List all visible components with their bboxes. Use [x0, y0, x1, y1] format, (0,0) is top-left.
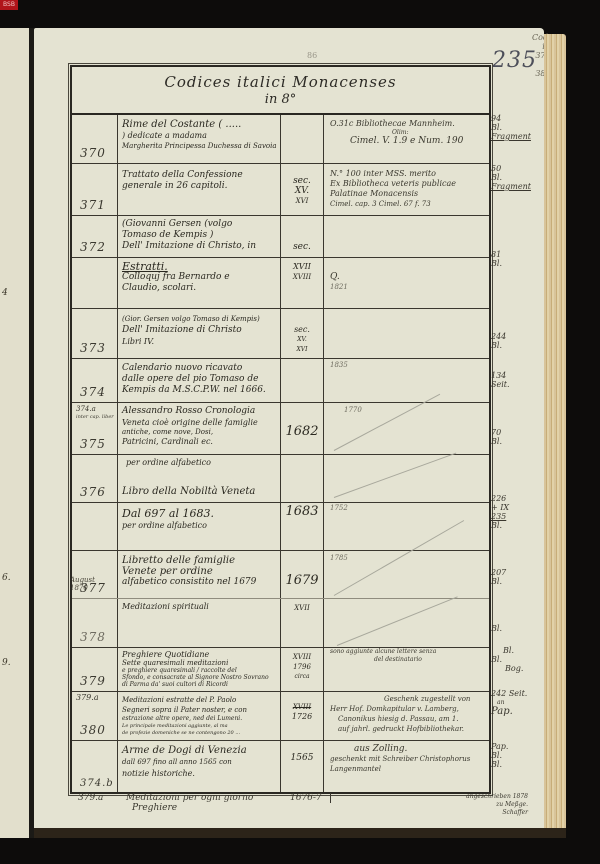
- entry-notes: N.° 100 inter MSS. merito Ex Bibliotheca…: [324, 164, 487, 215]
- entry-number: 374: [72, 359, 117, 402]
- date-line: 1682: [281, 427, 323, 437]
- entry-title: Alessandro Rosso Cronologia Veneta cioè …: [118, 403, 280, 454]
- title-line: Meditazioni spirituali: [118, 601, 280, 612]
- margin-line: Bl.: [491, 341, 533, 350]
- table-row: 371 Trattato della Confessione generale …: [72, 164, 489, 215]
- entry-notes: aus Zolling. geschenkt mit Schreiber Chr…: [324, 741, 487, 792]
- title-line: Sette quaresimali meditazioni: [118, 659, 280, 667]
- title-line: Meditazioni estratte del P. Paolo: [118, 695, 280, 705]
- facing-page-edge: 4 6. 9.: [0, 28, 31, 838]
- entry-title: (Gior. Gersen volgo Tomaso di Kempis) De…: [118, 309, 280, 358]
- entry-notes: 1835: [324, 359, 487, 402]
- note-line: 1785: [324, 551, 487, 565]
- margin-line: Bl.: [491, 123, 533, 132]
- entry-number: 374.a inter cap. liber 375: [72, 403, 117, 454]
- title-line: Margherita Principessa Duchessa di Savoi…: [118, 141, 280, 152]
- title-line: Veneta cioè origine delle famiglie: [118, 417, 280, 428]
- margin-line: Fragment: [491, 182, 533, 191]
- margin-line: 134: [491, 371, 533, 380]
- below-margin-line: zu Meßge.: [448, 801, 528, 809]
- date-line: XVII: [281, 603, 323, 613]
- title-line: Colloquj fra Bernardo e: [118, 272, 280, 283]
- note-line: geschenkt mit Schreiber Christophorus: [324, 754, 487, 764]
- entry-notes: Geschenk zugestellt von Herr Hof. Domkap…: [324, 692, 487, 740]
- table-row: 377 Libretto delle famiglie Venete per o…: [72, 551, 489, 598]
- margin-line: Bl.: [491, 437, 533, 446]
- corner-tag: BSB: [0, 0, 18, 10]
- entry-number-text: 380: [80, 723, 106, 737]
- margin-note: 207 Bl.: [491, 568, 533, 586]
- entry-date: sec.: [281, 216, 323, 257]
- folio-number: 235: [492, 48, 537, 73]
- below-table-date: 1676-7: [290, 793, 331, 803]
- margin-line: Bl.: [491, 521, 533, 530]
- date-line: XVIII: [281, 272, 323, 282]
- margin-line: Bl.: [491, 577, 533, 586]
- entry-title: Arme de Dogi di Venezia dall 697 fino al…: [118, 741, 280, 792]
- margin-note: 134 Seit.: [491, 371, 533, 389]
- entry-number-text: 371: [80, 198, 106, 212]
- margin-line: 226: [491, 494, 533, 503]
- entry-title: Meditazioni spirituali: [118, 599, 280, 619]
- entry-title: Rime del Costante ( ..... ) dedicate a m…: [118, 115, 280, 163]
- title-line: Dal 697 al 1683.: [118, 507, 280, 520]
- table-row: 379.a 380 Meditazioni estratte del P. Pa…: [72, 692, 489, 740]
- note-line: Q.: [324, 272, 487, 282]
- date-line: sec.: [281, 242, 323, 252]
- title-line: notizie historiche.: [118, 768, 280, 779]
- margin-note: Bl.: [491, 624, 533, 633]
- title-line: Estratti.: [118, 261, 280, 272]
- entry-title: Estratti. Colloquj fra Bernardo e Claudi…: [118, 258, 280, 308]
- entry-title: per ordine alfabetico: [118, 455, 280, 477]
- title-line: Patricini, Cardinali ec.: [118, 436, 280, 447]
- entry-title: Preghiere Quotidiane Sette quaresimali m…: [118, 648, 280, 691]
- title-line: alfabetico consistito nel 1679: [118, 577, 280, 588]
- margin-line: Bl.: [491, 173, 533, 182]
- entry-subnumber: 374.a inter cap. liber: [76, 405, 114, 421]
- margin-line: 70: [491, 428, 533, 437]
- entry-subnumber: 379.a: [76, 694, 99, 702]
- date-line: sec.: [281, 325, 323, 335]
- entry-notes: sono aggiunte alcune lettere senza del d…: [324, 648, 487, 691]
- below-table-title: Meditazioni per ogni giorno Preghiere: [126, 793, 253, 813]
- margin-line: Bog.: [491, 664, 533, 673]
- entry-number-text: 372: [80, 240, 106, 254]
- date-line: 1796: [281, 662, 323, 672]
- margin-line: 50: [491, 164, 533, 173]
- title-line: Trattato della Confessione: [118, 170, 280, 181]
- pencil-mark: 86: [307, 51, 317, 60]
- margin-line: Bl.: [491, 259, 533, 268]
- table-row: 374.a inter cap. liber 375 Alessandro Ro…: [72, 403, 489, 454]
- margin-note: 70 Bl.: [491, 428, 533, 446]
- entry-date: XVIII 1726: [281, 692, 323, 740]
- header-subtitle: in 8°: [72, 92, 489, 107]
- entry-notes: Q. 1821: [324, 258, 487, 308]
- margin-line: 242 Seit.: [491, 689, 533, 698]
- entry-number-text: 373: [80, 341, 106, 355]
- note-line: Geschenk zugestellt von: [324, 694, 487, 704]
- title-line: Claudio, scolari.: [118, 283, 280, 294]
- note-line: Ex Bibliotheca veteris publicae: [324, 179, 487, 189]
- note-line: sono aggiunte alcune lettere senza: [324, 648, 487, 656]
- margin-note: 94 Bl. Fragment: [491, 114, 533, 141]
- margin-line: Pap.: [491, 707, 533, 716]
- title-line: di Parma da' suoi cultori di Ricordi: [118, 681, 280, 688]
- left-page-mark: 6.: [2, 573, 11, 583]
- margin-line: 81: [491, 250, 533, 259]
- date-line: 1679: [281, 576, 323, 586]
- title-line: Libretto delle famiglie: [118, 555, 280, 566]
- margin-note: 81 Bl.: [491, 250, 533, 268]
- note-line: auf jahrl. gedruckt Hofbibliothekar.: [324, 724, 487, 734]
- margin-line: Bl.: [491, 751, 533, 760]
- title-line: Dell' Imitazione di Christo: [118, 325, 280, 336]
- entry-notes: 1770: [324, 403, 487, 454]
- table-row: 378: [72, 619, 489, 647]
- table-row: 370 Rime del Costante ( ..... ) dedicate…: [72, 115, 489, 163]
- note-line: Cimel. cap. 3 Cimel. 67 f. 73: [324, 199, 487, 209]
- margin-line: 235: [491, 512, 533, 521]
- entry-number: 370: [72, 115, 117, 163]
- title-line: e preghiere quaresimali / raccolte del: [118, 667, 280, 674]
- entry-date: XVII XVIII: [281, 258, 323, 308]
- title-line: per ordine alfabetico: [118, 520, 280, 531]
- table-row: 373 (Gior. Gersen volgo Tomaso di Kempis…: [72, 309, 489, 358]
- table-row: per ordine alfabetico: [72, 455, 489, 477]
- entry-number: 373: [72, 309, 117, 358]
- title-line: Alessandro Rosso Cronologia: [118, 406, 280, 417]
- table-header: Codices italici Monacenses in 8°: [72, 67, 489, 115]
- entry-title: (Giovanni Gersen (volgo Tomaso de Kempis…: [118, 216, 280, 257]
- title-line: per ordine alfabetico: [118, 457, 280, 468]
- date-line: XVII: [281, 262, 323, 272]
- date-line: XV.: [281, 335, 323, 345]
- margin-line: 207: [491, 568, 533, 577]
- left-page-mark: 4: [2, 288, 8, 298]
- entry-title: Meditazioni estratte del P. Paolo Segner…: [118, 692, 280, 740]
- entry-number: 379: [72, 648, 117, 691]
- entry-title: Libretto delle famiglie Venete per ordin…: [118, 551, 280, 598]
- margin-note: Bl. Bl. Bog.: [491, 646, 533, 673]
- date-line: XVI: [281, 196, 323, 206]
- margin-line: Bl.: [491, 624, 533, 633]
- table-row: Meditazioni spirituali XVII: [72, 599, 489, 619]
- entry-number-text: 376: [80, 485, 106, 499]
- entry-date: 1683: [281, 503, 323, 550]
- table-row: 379 Preghiere Quotidiane Sette quaresima…: [72, 648, 489, 691]
- table-row: 374 Calendario nuovo ricavato dalle oper…: [72, 359, 489, 402]
- entry-title: Dal 697 al 1683. per ordine alfabetico: [118, 503, 280, 550]
- table-row: 372 (Giovanni Gersen (volgo Tomaso de Ke…: [72, 216, 489, 257]
- note-line: Olim:: [324, 129, 487, 136]
- table-row: 374.b Arme de Dogi di Venezia dall 697 f…: [72, 741, 489, 792]
- margin-note: 226 + IX 235 Bl.: [491, 494, 533, 530]
- table-row: Estratti. Colloquj fra Bernardo e Claudi…: [72, 258, 489, 308]
- below-title-line: Preghiere: [126, 803, 253, 813]
- title-line: dall 697 fino all anno 1565 con: [118, 757, 280, 768]
- entry-notes: 1752: [324, 503, 487, 550]
- table-row: 376 Libro della Nobiltà Veneta: [72, 477, 489, 502]
- date-line: sec.: [281, 176, 323, 186]
- note-line: 1821: [324, 282, 487, 292]
- title-line: dalle opere del pio Tomaso de: [118, 374, 280, 385]
- title-line: Kempis da M.S.C.P.W. nel 1666.: [118, 385, 280, 396]
- title-line: Arme de Dogi di Venezia: [118, 745, 280, 757]
- title-line: generale in 26 capitoli.: [118, 181, 280, 192]
- title-line: de profezie domeniche se ne contengono 2…: [118, 730, 280, 737]
- below-margin-line: Schaffer: [448, 809, 528, 817]
- title-line: Sfondo, e consacrate al Signore Nostro S…: [118, 674, 280, 681]
- margin-note: 242 Seit. an Pap.: [491, 689, 533, 716]
- margin-line: Seit.: [491, 380, 533, 389]
- date-line: 1683: [281, 507, 323, 517]
- title-line: Calendario nuovo ricavato: [118, 363, 280, 374]
- margin-line: Fragment: [491, 132, 533, 141]
- entry-number: 372: [72, 216, 117, 257]
- below-title-line: Meditazioni per ogni giorno: [126, 793, 253, 803]
- title-line: Segneri sopra il Pater noster, e con: [118, 705, 280, 715]
- entry-number-text: 375: [80, 437, 106, 451]
- margin-note: 244 Bl.: [491, 332, 533, 350]
- title-line: Le principale meditazioni aggiunte, al m…: [118, 723, 280, 730]
- date-line: XVIII: [281, 652, 323, 662]
- left-page-mark: 9.: [2, 658, 11, 668]
- header-title: Codices italici Monacenses: [72, 73, 489, 91]
- entry-number-text: 377: [80, 581, 106, 595]
- title-line: estrazione altre opere, ned dei Lumeni.: [118, 715, 280, 723]
- note-line: aus Zolling.: [324, 744, 487, 754]
- margin-line: Bl.: [491, 655, 533, 664]
- catalogue-table: Codices italici Monacenses in 8° 370 Rim…: [70, 65, 491, 794]
- note-line: 1835: [324, 360, 487, 370]
- subnumber-note: inter cap. liber: [76, 413, 114, 421]
- date-line: XVI: [281, 345, 323, 355]
- note-line: Palatinae Monacensis: [324, 189, 487, 199]
- margin-line: 244: [491, 332, 533, 341]
- date-line: XV.: [281, 186, 323, 196]
- title-line: Venete per ordine: [118, 566, 280, 577]
- title-line: Preghiere Quotidiane: [118, 650, 280, 659]
- title-line: Libri IV.: [118, 336, 280, 347]
- entry-date: 1565: [281, 741, 323, 792]
- entry-number: 378: [72, 619, 117, 647]
- entry-notes: 1785: [324, 551, 487, 598]
- entry-title: Calendario nuovo ricavato dalle opere de…: [118, 359, 280, 402]
- entry-number: 379.a 380: [72, 692, 117, 740]
- date-line: XVIII: [281, 702, 323, 712]
- title-line: Dell' Imitazione di Christo, in: [118, 241, 280, 252]
- entry-date: sec. XV. XVI: [281, 164, 323, 215]
- note-line: Cimel. V. 1.9 e Num. 190: [324, 136, 487, 146]
- margin-line: + IX: [491, 503, 533, 512]
- note-line: del destinatario: [324, 656, 487, 663]
- title-line: Tomaso de Kempis ): [118, 230, 280, 241]
- note-line: 1770: [324, 405, 487, 415]
- date-line: 1565: [281, 753, 323, 763]
- note-line: Herr Hof. Domkapitular v. Lamberg,: [324, 704, 487, 714]
- entry-date: XVII: [281, 599, 323, 619]
- entry-title: Trattato della Confessione generale in 2…: [118, 164, 280, 215]
- entry-date: XVIII 1796 circa: [281, 648, 323, 691]
- entry-number-text: 374.b: [80, 778, 114, 789]
- title-line: (Giovanni Gersen (volgo: [118, 219, 280, 230]
- note-line: Canonikus hiesig d. Passau, am 1.: [324, 714, 487, 724]
- title-line: (Gior. Gersen volgo Tomaso di Kempis): [118, 314, 280, 325]
- entry-title: Libro della Nobiltà Veneta: [118, 477, 280, 502]
- note-line: Langenmantel: [324, 764, 487, 774]
- subnumber-text: 374.a: [76, 405, 114, 413]
- margin-note: Pap. Bl. Bl.: [491, 742, 533, 769]
- below-margin-line: angeschrieben 1878: [448, 793, 528, 801]
- entry-number: 376: [72, 477, 117, 502]
- title-line: antiche, come nove, Dosi,: [118, 428, 280, 436]
- entry-date: 1682: [281, 403, 323, 454]
- entry-number: 371: [72, 164, 117, 215]
- margin-note: 50 Bl. Fragment: [491, 164, 533, 191]
- entry-number-text: 378: [80, 630, 106, 644]
- entry-notes: O.31c Bibliothecae Mannheim. Olim: Cimel…: [324, 115, 487, 163]
- margin-line: Pap.: [491, 742, 533, 751]
- book-bottom-edge: [34, 828, 566, 838]
- entry-number: 377: [72, 551, 117, 598]
- note-line: N.° 100 inter MSS. merito: [324, 169, 487, 179]
- note-line: O.31c Bibliothecae Mannheim.: [324, 119, 487, 129]
- entry-number-text: 379: [80, 674, 106, 688]
- entry-number-text: 370: [80, 146, 106, 160]
- note-line: 1752: [324, 503, 487, 513]
- margin-line: Bl.: [491, 760, 533, 769]
- page-edges: [544, 34, 566, 834]
- date-line: 1726: [281, 712, 323, 722]
- below-table-number: 379.a: [78, 793, 103, 803]
- margin-line: 94: [491, 114, 533, 123]
- table-row: Dal 697 al 1683. per ordine alfabetico 1…: [72, 503, 489, 550]
- title-line: Rime del Costante ( .....: [118, 119, 280, 130]
- entry-number: 374.b: [72, 741, 117, 792]
- margin-line: Bl.: [491, 646, 533, 655]
- date-line: circa: [281, 672, 323, 682]
- entry-date: 1679: [281, 551, 323, 598]
- entry-number-text: 374: [80, 385, 106, 399]
- title-line: ) dedicate a madama: [118, 130, 280, 141]
- manuscript-page: Cod. it. 370 - 380 235 86 August 1870 Co…: [34, 28, 544, 836]
- entry-date: sec. XV. XVI: [281, 309, 323, 358]
- below-table-margin: angeschrieben 1878 zu Meßge. Schaffer: [448, 793, 528, 817]
- title-line: Libro della Nobiltà Veneta: [118, 486, 280, 497]
